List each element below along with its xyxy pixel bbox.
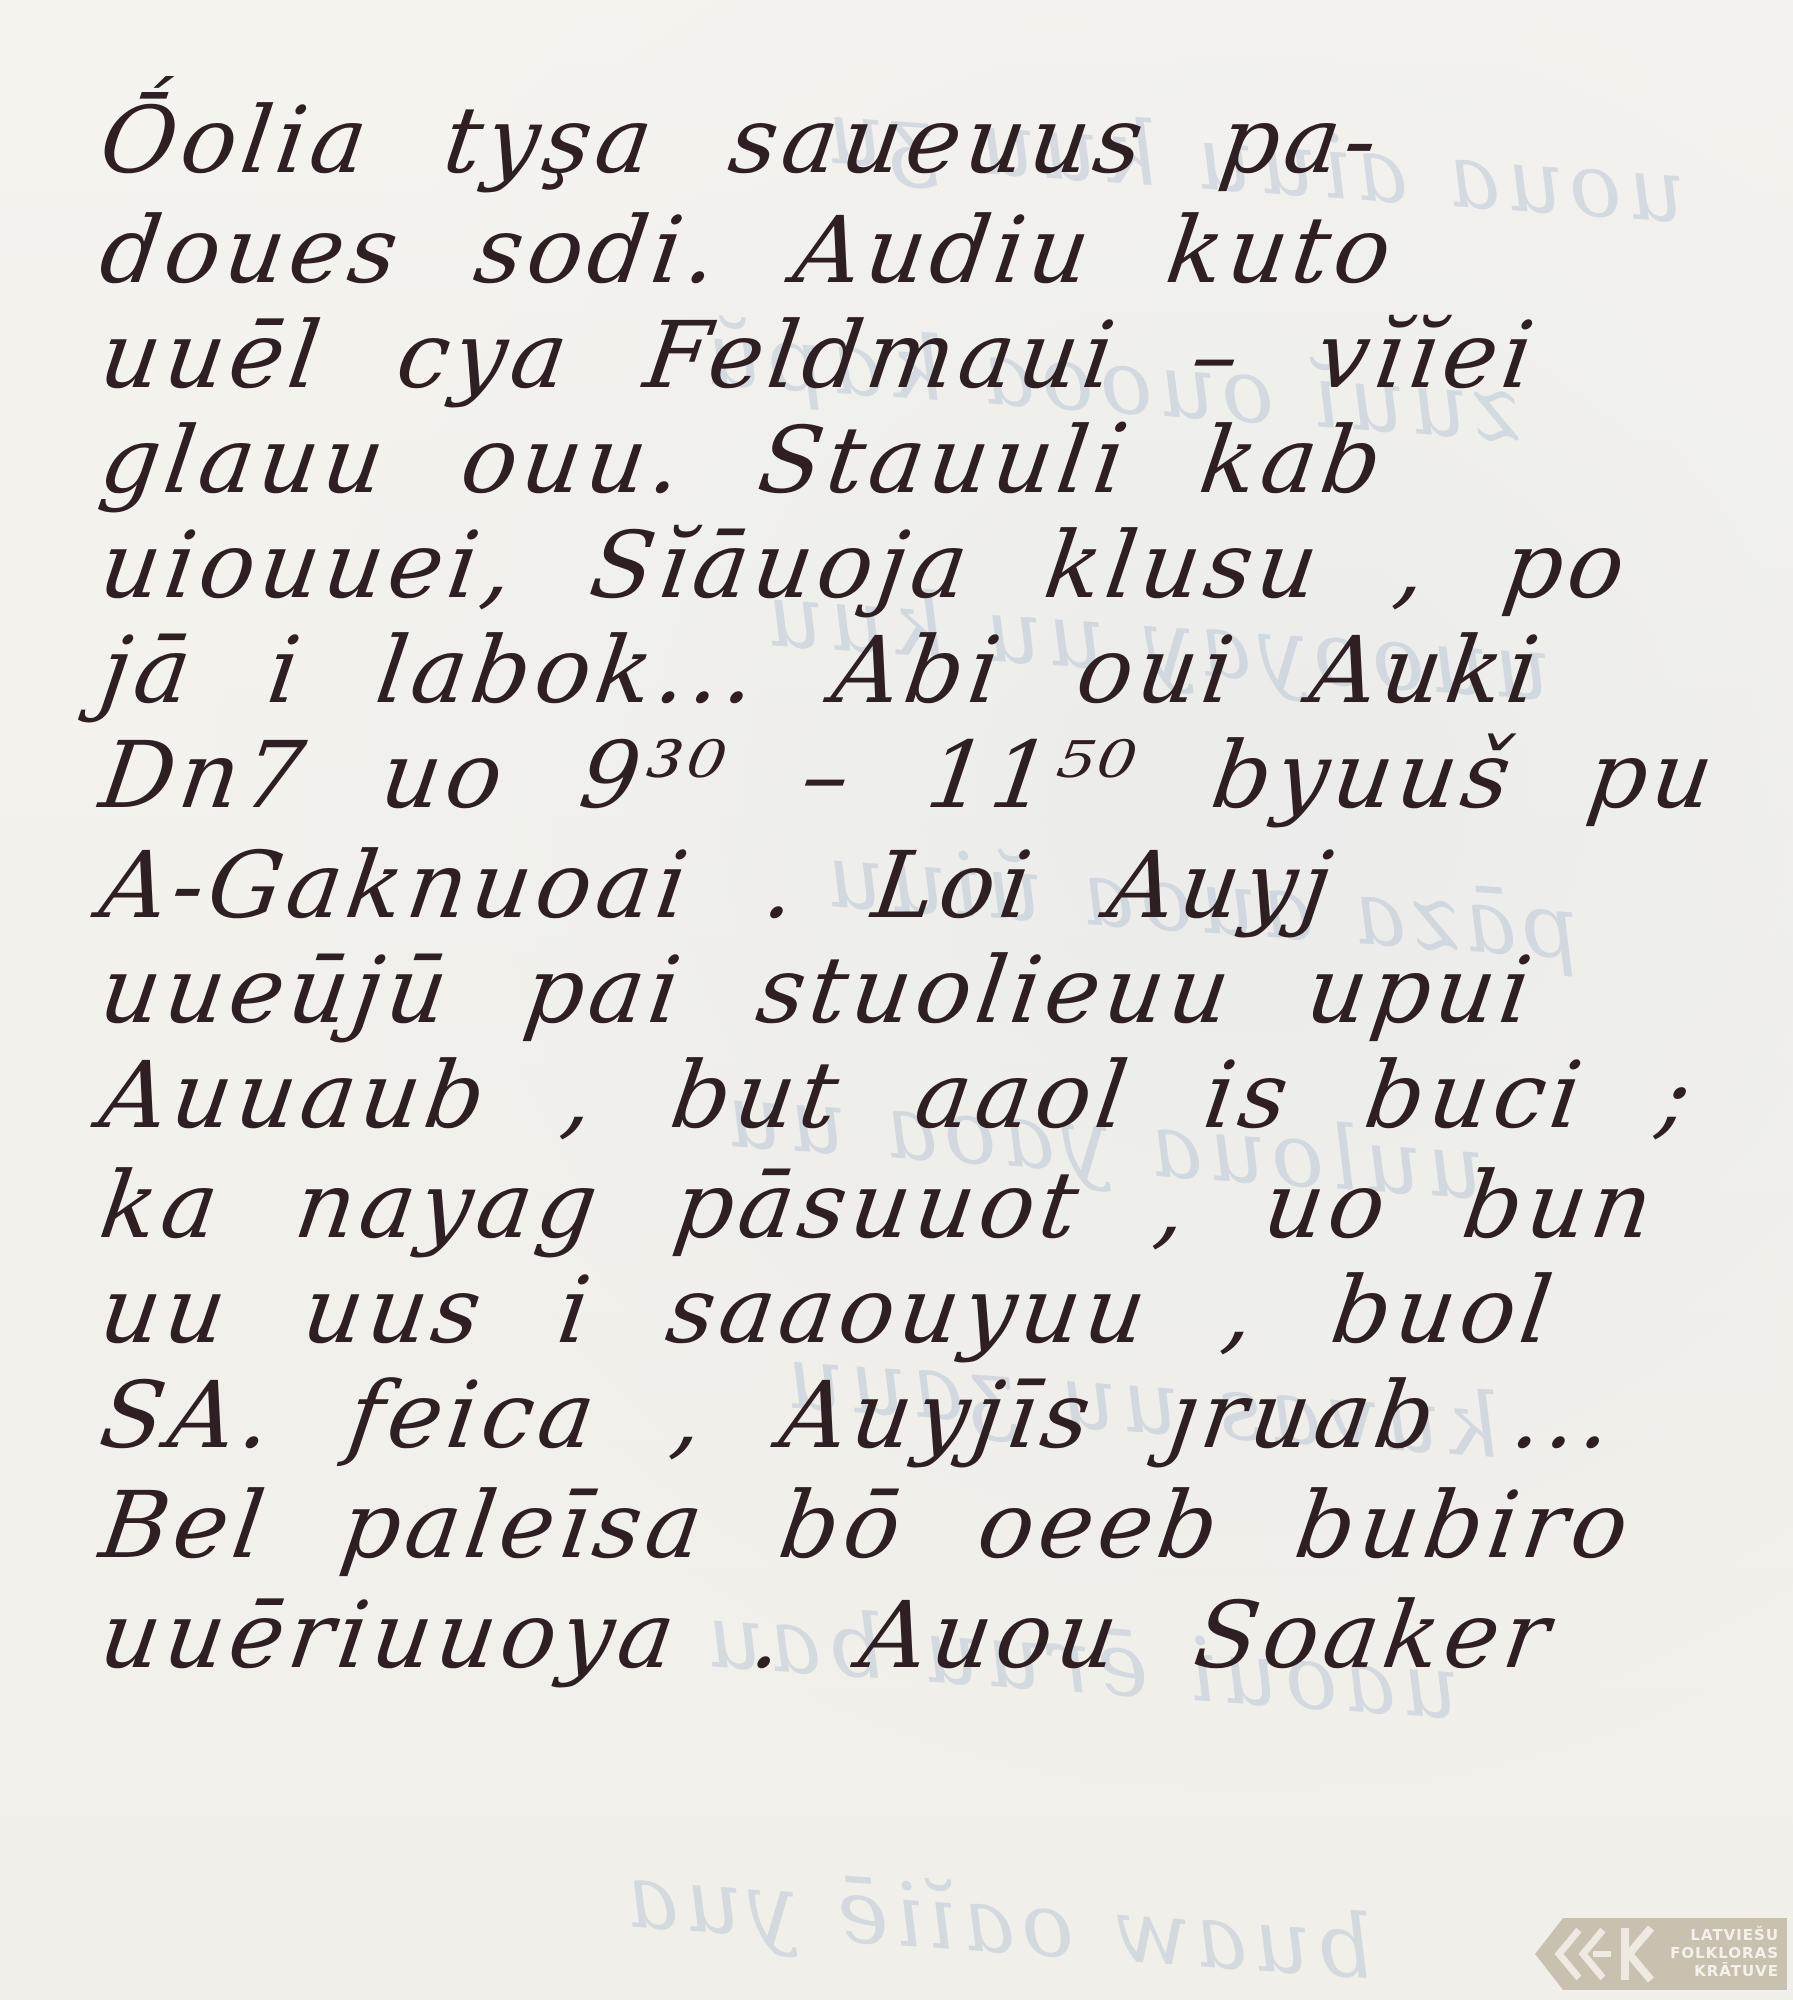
handwritten-line-4: glauu ouu. Stauuli̇ kab [95, 415, 1392, 507]
handwritten-line-2: doues sodi. Audiu kuto [95, 205, 1402, 297]
handwritten-line-1: Ṓolia tyşa saueuus pa- [95, 95, 1387, 187]
handwritten-line-3: uuēl cya Feldmaui – vĭĭei [95, 310, 1544, 402]
manuscript-page: uoua aiuu kuu ʒu zuuĭ ouooa kapŭ uuooyay… [0, 0, 1793, 2000]
handwritten-line-11: ka nayag pāsuuot , uo bun [95, 1160, 1663, 1252]
handwritten-line-9: uueūjū pai stuolieuu upui [95, 945, 1541, 1037]
handwritten-line-7: Dn7 uo 9³⁰ – 11⁵⁰ byuuš pu [95, 730, 1723, 822]
handwritten-line-8: A-Gaknuoai . Loi Auyj [95, 840, 1342, 932]
handwritten-line-13: SA. feica , Auyjīs ȷruab ... [95, 1370, 1622, 1462]
logo-text-line-2: FOLKLORAS [1670, 1944, 1779, 1962]
handwritten-line-12: uu uus i saaouyuu , buol [95, 1265, 1562, 1357]
logo-text-line-1: LATVIEŠU [1670, 1926, 1779, 1944]
handwritten-line-14: Bel paleīsa bō oeeb bubiro [95, 1480, 1639, 1572]
lfk-watermark-logo: LATVIEŠU FOLKLORAS KRĀTUVE [1535, 1918, 1787, 1990]
handwritten-line-6: jā i labok... Abi oui Auki [95, 625, 1549, 717]
handwritten-line-5: uiouuei, Sĭāuoja klusu , po [95, 520, 1635, 612]
lfk-chevrons-icon [1553, 1924, 1663, 1984]
handwritten-line-15: uuēriuuoya . Auou Soaker [95, 1590, 1560, 1682]
handwritten-line-10: Auuaub , but aaol is buci ; [95, 1050, 1702, 1142]
logo-text-line-3: KRĀTUVE [1670, 1962, 1779, 1980]
handwritten-text: Ṓolia tyşa saueuus pa- doues sodi. Audiu… [0, 0, 1793, 2000]
logo-text: LATVIEŠU FOLKLORAS KRĀTUVE [1670, 1926, 1779, 1980]
